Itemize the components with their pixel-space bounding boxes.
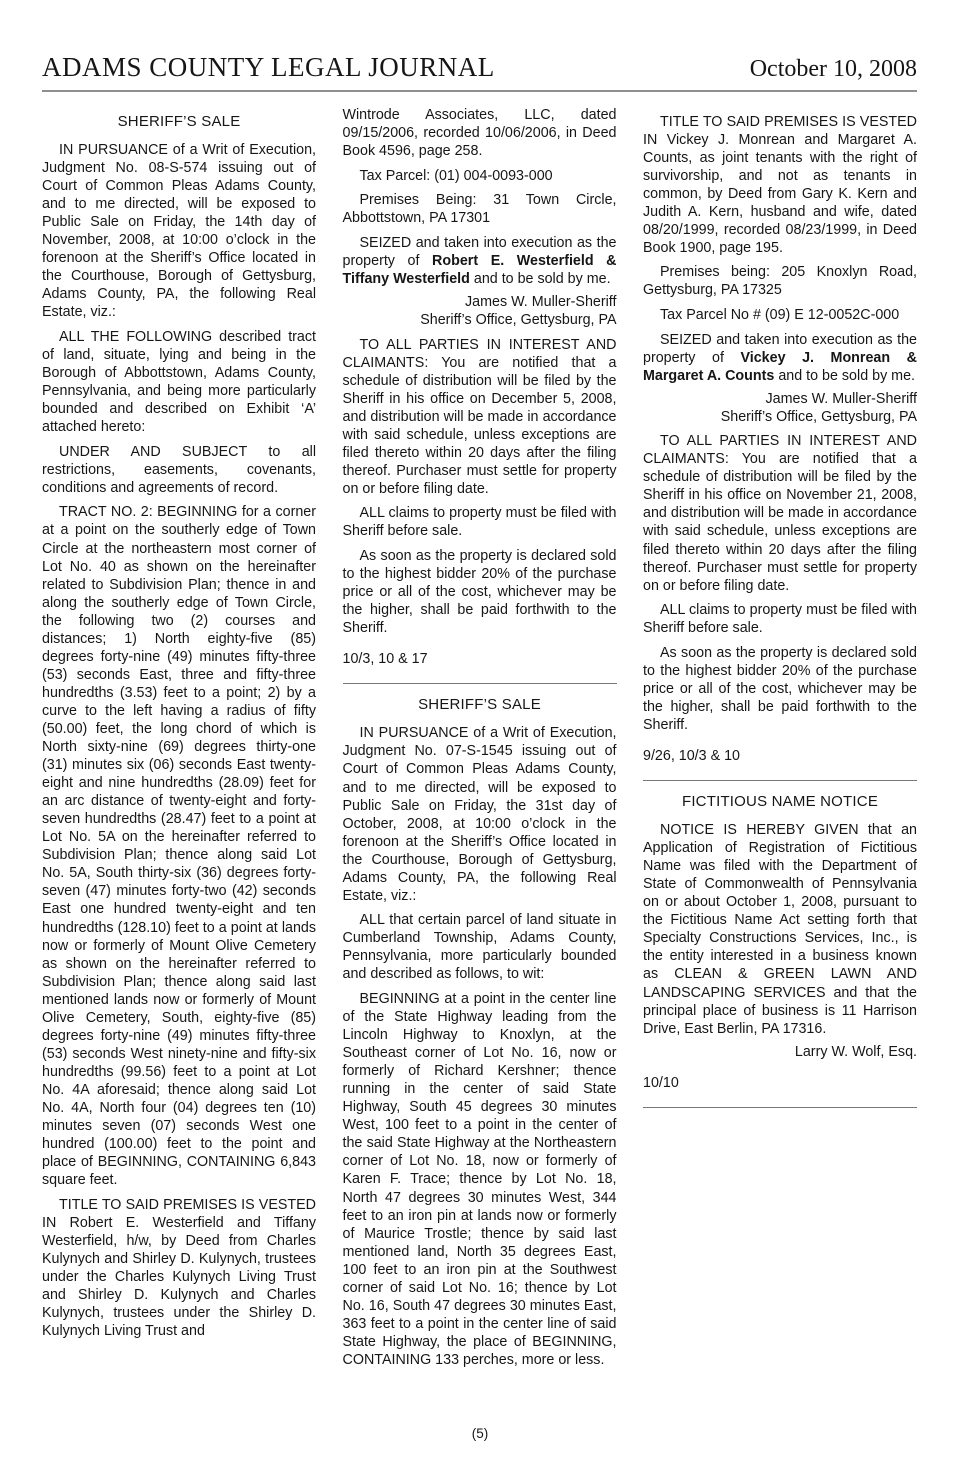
notice-paragraph: ALL THE FOLLOWING described tract of lan…: [42, 328, 316, 436]
column-3: TITLE TO SAID PREMISES IS VESTED IN Vick…: [643, 106, 917, 1369]
notice-paragraph: IN PURSUANCE of a Writ of Execution, Jud…: [343, 724, 617, 904]
notice-paragraph: TITLE TO SAID PREMISES IS VESTED IN Vick…: [643, 113, 917, 257]
page-footer: (5): [0, 1426, 960, 1441]
publication-dates: 10/3, 10 & 17: [343, 650, 617, 668]
signature-line: Sheriff’s Office, Gettysburg, PA: [343, 311, 617, 329]
sheriffs-sale-1-heading: SHERIFF’S SALE: [42, 106, 316, 131]
legal-journal-page: ADAMS COUNTY LEGAL JOURNAL October 10, 2…: [0, 0, 960, 1483]
section-divider: [343, 683, 617, 684]
section-divider: [643, 780, 917, 781]
signature-line: Larry W. Wolf, Esq.: [643, 1043, 917, 1061]
masthead-rule: [42, 90, 917, 92]
content-columns: SHERIFF’S SALEIN PURSUANCE of a Writ of …: [42, 106, 917, 1369]
notice-paragraph: Tax Parcel No # (09) E 12-0052C-000: [643, 306, 917, 324]
column-2: Wintrode Associates, LLC, dated 09/15/20…: [343, 106, 617, 1369]
issue-date: October 10, 2008: [750, 56, 917, 83]
publication-dates: 9/26, 10/3 & 10: [643, 747, 917, 765]
notice-paragraph: Premises being: 205 Knoxlyn Road, Gettys…: [643, 263, 917, 299]
notice-paragraph: TRACT NO. 2: BEGINNING for a corner at a…: [42, 503, 316, 1189]
notice-paragraph: ALL that certain parcel of land situate …: [343, 911, 617, 983]
notice-paragraph: TITLE TO SAID PREMISES IS VESTED IN Robe…: [42, 1196, 316, 1340]
column-1: SHERIFF’S SALEIN PURSUANCE of a Writ of …: [42, 106, 316, 1369]
notice-paragraph: Tax Parcel: (01) 004-0093-000: [343, 167, 617, 185]
sheriffs-sale-2-heading: SHERIFF’S SALE: [343, 689, 617, 714]
signature-block: James W. Muller-SheriffSheriff’s Office,…: [643, 390, 917, 426]
section-divider: [643, 1107, 917, 1108]
notice-paragraph: ALL claims to property must be filed wit…: [343, 504, 617, 540]
notice-paragraph: ALL claims to property must be filed wit…: [643, 601, 917, 637]
notice-paragraph: TO ALL PARTIES IN INTEREST AND CLAIMANTS…: [343, 336, 617, 498]
signature-block: Larry W. Wolf, Esq.: [643, 1043, 917, 1061]
publication-dates: 10/10: [643, 1074, 917, 1092]
masthead: ADAMS COUNTY LEGAL JOURNAL October 10, 2…: [42, 52, 917, 83]
notice-paragraph: As soon as the property is declared sold…: [343, 547, 617, 637]
notice-paragraph-continuation: Wintrode Associates, LLC, dated 09/15/20…: [343, 106, 617, 160]
notice-paragraph: UNDER AND SUBJECT to all restrictions, e…: [42, 443, 316, 497]
notice-paragraph: IN PURSUANCE of a Writ of Execution, Jud…: [42, 141, 316, 321]
signature-block: James W. Muller-SheriffSheriff’s Office,…: [343, 293, 617, 329]
page-number: (5): [472, 1426, 489, 1441]
notice-paragraph: SEIZED and taken into execution as the p…: [643, 331, 917, 385]
notice-paragraph: NOTICE IS HEREBY GIVEN that an Applicati…: [643, 821, 917, 1038]
signature-line: Sheriff’s Office, Gettysburg, PA: [643, 408, 917, 426]
signature-line: James W. Muller-Sheriff: [643, 390, 917, 408]
notice-paragraph: SEIZED and taken into execution as the p…: [343, 234, 617, 288]
notice-paragraph: As soon as the property is declared sold…: [643, 644, 917, 734]
notice-paragraph: BEGINNING at a point in the center line …: [343, 990, 617, 1369]
notice-paragraph: Premises Being: 31 Town Circle, Abbottst…: [343, 191, 617, 227]
fictitious-name-notice-heading: FICTITIOUS NAME NOTICE: [643, 786, 917, 811]
journal-title: ADAMS COUNTY LEGAL JOURNAL: [42, 52, 495, 83]
notice-paragraph: TO ALL PARTIES IN INTEREST AND CLAIMANTS…: [643, 432, 917, 594]
signature-line: James W. Muller-Sheriff: [343, 293, 617, 311]
